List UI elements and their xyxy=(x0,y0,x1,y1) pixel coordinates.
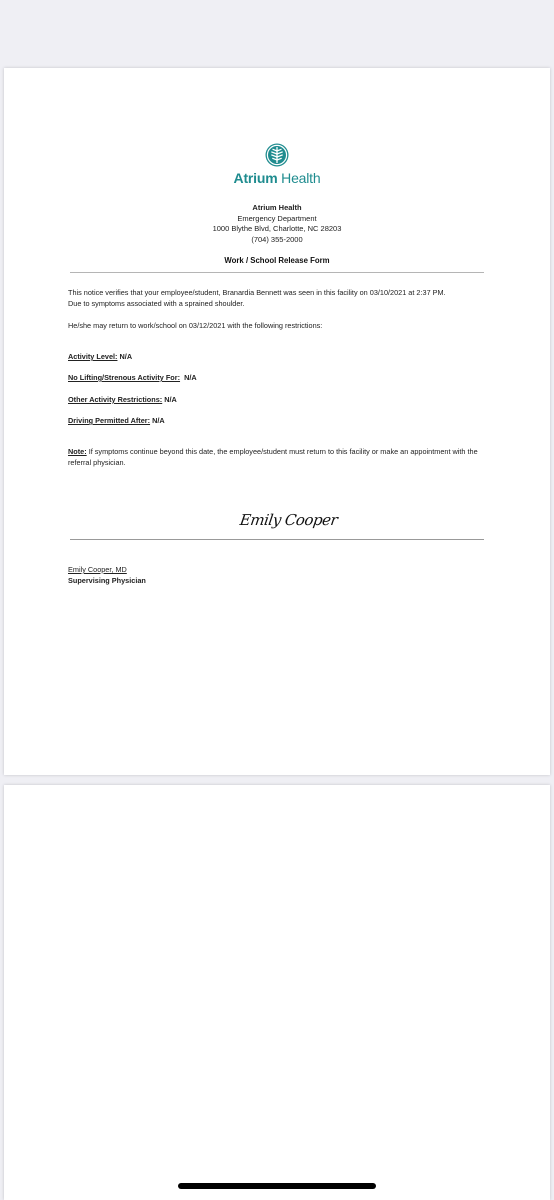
phone: (704) 355-2000 xyxy=(4,235,550,246)
signer-role: Supervising Physician xyxy=(68,576,498,587)
header-divider xyxy=(70,272,484,273)
facility-header: Atrium Health Emergency Department 1000 … xyxy=(4,203,550,245)
atrium-health-logo: Atrium Health xyxy=(4,143,550,186)
address: 1000 Blythe Blvd, Charlotte, NC 28203 xyxy=(4,224,550,235)
document-page-2 xyxy=(4,785,550,1200)
signature-line xyxy=(70,539,484,540)
return-notice: He/she may return to work/school on 03/1… xyxy=(68,321,498,332)
brand-name: Atrium Health xyxy=(4,170,550,186)
signature: Emily Cooper xyxy=(239,511,339,529)
signer-block: Emily Cooper, MD Supervising Physician xyxy=(68,565,498,586)
note-label: Note: xyxy=(68,447,87,456)
note: Note: If symptoms continue beyond this d… xyxy=(68,447,498,468)
restriction-activity-level: Activity Level: N/A xyxy=(68,352,132,361)
home-indicator[interactable] xyxy=(178,1183,376,1189)
signer-name: Emily Cooper, MD xyxy=(68,565,498,576)
visit-line: This notice verifies that your employee/… xyxy=(68,288,498,299)
document-page-1: Atrium Health Atrium Health Emergency De… xyxy=(4,68,550,775)
department: Emergency Department xyxy=(4,214,550,225)
restriction-other: Other Activity Restrictions: N/A xyxy=(68,395,177,404)
note-text: If symptoms continue beyond this date, t… xyxy=(68,447,478,467)
org-name: Atrium Health xyxy=(4,203,550,214)
visit-notice: This notice verifies that your employee/… xyxy=(68,288,498,309)
atrium-tree-icon xyxy=(265,143,289,167)
form-title: Work / School Release Form xyxy=(4,256,550,265)
restriction-driving: Driving Permitted After: N/A xyxy=(68,416,165,425)
symptom-line: Due to symptoms associated with a sprain… xyxy=(68,299,498,310)
restriction-no-lifting: No Lifting/Strenous Activity For: N/A xyxy=(68,373,197,382)
